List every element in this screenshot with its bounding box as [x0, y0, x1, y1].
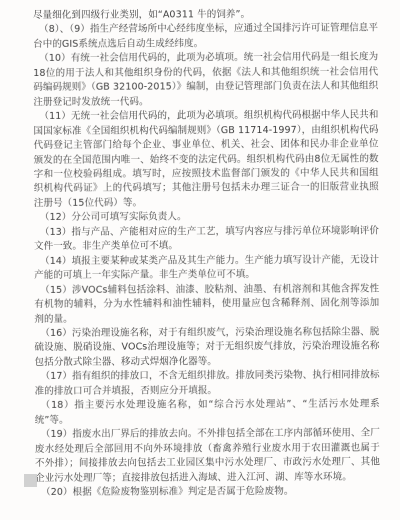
document-text-block: 尽量细化到四级行业类别，如“A0311 牛的饲养”。 （8）、（9）指生产经营场… [33, 7, 380, 500]
paragraph-note-13: （13）指与产品、产能相对应的生产工艺，填写内容应与排污单位环境影响评价文件一致… [34, 224, 379, 254]
paragraph-note-8-9: （8）、（9）指生产经营场所中心经纬度坐标，应通过全国排污许可证管理信息平台中的… [33, 22, 378, 52]
paragraph-note-10: （10）有统一社会信用代码的，此项为必填项。统一社会信用代码是一组长度为18位的… [33, 51, 378, 110]
scan-artifact-square [24, 474, 37, 487]
paragraph-note-16: （16）污染治理设施名称，对于有组织废气，污染治理设施名称包括除尘器、脱硫设施、… [34, 325, 379, 370]
paragraph-note-12: （12）分公司可填写实际负责人。 [34, 210, 379, 226]
paragraph-note-17: （17）指有组织的排放口，不含无组织排放。排放同类污染物、执行相同排放标准的排放… [35, 369, 380, 399]
paragraph-note-11: （11）无统一社会信用代码的，此项为必填项。组织机构代码根据中华人民共和国国家标… [33, 109, 378, 212]
paragraph-note-14: （14）填报主要某种或某类产品及其生产能力。生产能力填写设计产能，无设计产能的可… [34, 253, 379, 283]
paragraph-note-18: （18）指主要污水处理设施名称，如“综合污水处理站”、“生活污水处理系统”等。 [35, 398, 380, 428]
paragraph-note-19: （19）指废水出厂界后的排放去向。不外排包括全部在工序内部循环使用、全厂废水经处… [35, 427, 380, 486]
paragraph-continuation: 尽量细化到四级行业类别，如“A0311 牛的饲养”。 [33, 7, 378, 23]
paragraph-note-20: （20）根据《危险废物鉴别标准》判定是否属于危险废物。 [35, 484, 380, 500]
scanned-document-page: 尽量细化到四级行业类别，如“A0311 牛的饲养”。 （8）、（9）指生产经营场… [0, 0, 400, 520]
paragraph-note-15: （15）涉VOCs辅料包括涂料、油漆、胶粘剂、油墨、有机溶剂和其他含挥发性有机物… [34, 282, 379, 327]
